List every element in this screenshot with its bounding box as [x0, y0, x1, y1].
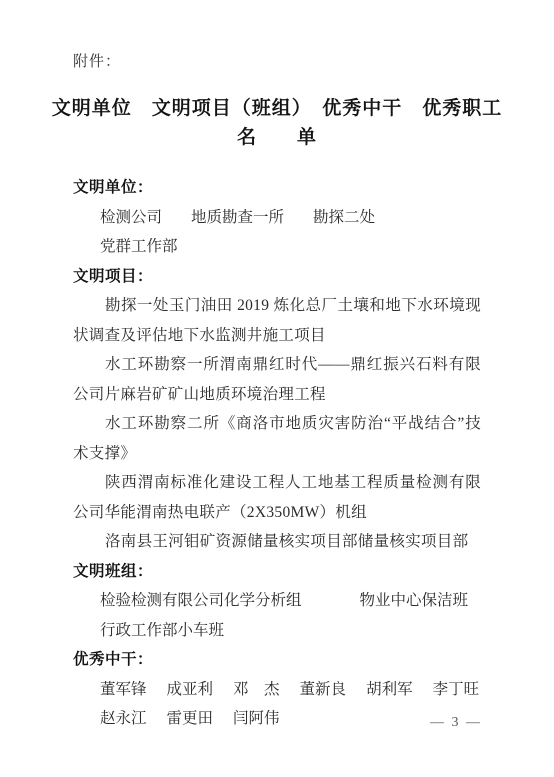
- document-title-line1: 文明单位 文明项目（班组） 优秀中干 优秀职工: [0, 94, 554, 123]
- unit-item: 党群工作部: [100, 232, 178, 262]
- document-page: 附件： 文明单位 文明项目（班组） 优秀中干 优秀职工 名 单 文明单位： 检测…: [0, 0, 554, 777]
- page-number: — 3 —: [430, 715, 482, 731]
- attachment-label: 附件：: [73, 50, 121, 71]
- project-item: 陕西渭南标准化建设工程人工地基工程质量检测有限公司华能渭南热电联产（2X350M…: [73, 468, 481, 527]
- section-heading-projects: 文明项目：: [73, 262, 481, 292]
- unit-item: 地质勘查一所: [191, 203, 284, 233]
- cadre-name: 李丁旺: [433, 675, 480, 705]
- teams-list-row1: 检验检测有限公司化学分析组 物业中心保洁班: [73, 586, 481, 616]
- unit-item: 勘探二处: [313, 203, 375, 233]
- document-title-line2: 名 单: [0, 123, 554, 152]
- document-body: 文明单位： 检测公司 地质勘查一所 勘探二处 党群工作部 文明项目： 勘探一处玉…: [73, 173, 481, 734]
- team-item: 检验检测有限公司化学分析组: [100, 586, 302, 616]
- units-list: 检测公司 地质勘查一所 勘探二处 党群工作部: [73, 203, 481, 262]
- cadres-list-row2: 赵永江 雷更田 闫阿伟: [73, 704, 481, 734]
- section-heading-teams: 文明班组：: [73, 557, 481, 587]
- cadre-name: 雷更田: [167, 704, 214, 734]
- cadres-list-row1: 董军锋 成亚利 邓 杰 董新良 胡利军 李丁旺: [73, 675, 481, 705]
- project-item: 水工环勘察二所《商洛市地质灾害防治“平战结合”技术支撑》: [73, 409, 481, 468]
- cadre-name: 赵永江: [100, 704, 147, 734]
- teams-list-row2: 行政工作部小车班: [73, 616, 481, 646]
- cadre-name: 成亚利: [167, 675, 214, 705]
- cadre-name: 董新良: [300, 675, 347, 705]
- cadre-name: 闫阿伟: [233, 704, 280, 734]
- document-title: 文明单位 文明项目（班组） 优秀中干 优秀职工 名 单: [0, 94, 554, 152]
- cadre-name: 邓 杰: [233, 675, 280, 705]
- project-item: 勘探一处玉门油田 2019 炼化总厂土壤和地下水环境现状调查及评估地下水监测井施…: [73, 291, 481, 350]
- team-item: 行政工作部小车班: [100, 616, 224, 646]
- team-item: 物业中心保洁班: [360, 586, 469, 616]
- project-item: 洛南县王河钼矿资源储量核实项目部储量核实项目部: [73, 527, 481, 557]
- section-heading-cadres: 优秀中干：: [73, 645, 481, 675]
- section-heading-units: 文明单位：: [73, 173, 481, 203]
- unit-item: 检测公司: [100, 203, 162, 233]
- project-item: 水工环勘察一所渭南鼎红时代——鼎红振兴石料有限公司片麻岩矿矿山地质环境治理工程: [73, 350, 481, 409]
- cadre-name: 董军锋: [100, 675, 147, 705]
- cadre-name: 胡利军: [366, 675, 413, 705]
